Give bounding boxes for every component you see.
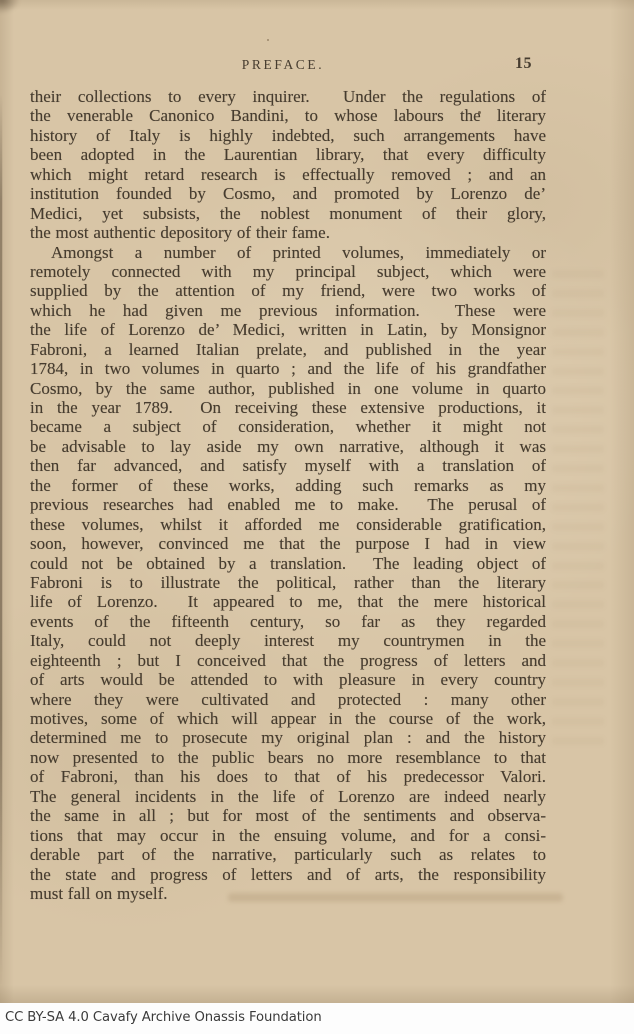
text-line: life of Lorenzo. It appeared to me, that… — [30, 592, 546, 611]
text-line: Cosmo, by the same author, published in … — [30, 379, 546, 398]
text-line: the most authentic depository of their f… — [30, 223, 546, 242]
ink-bleed-through — [552, 270, 604, 750]
paper-background: PREFACE. 15 their collections to every i… — [0, 0, 634, 1003]
text-line: soon, however, convinced me that the pur… — [30, 534, 546, 553]
text-line: these volumes, whilst it afforded me con… — [30, 515, 546, 534]
text-line: which he had given me previous informati… — [30, 301, 546, 320]
text-line: Amongst a number of printed volumes, imm… — [30, 243, 546, 262]
text-line: The general incidents in the life of Lor… — [30, 787, 546, 806]
text-line: motives, some of which will appear in th… — [30, 709, 546, 728]
text-line: remotely connected with my principal sub… — [30, 262, 546, 281]
text-line: where they were cultivated and protected… — [30, 690, 546, 709]
text-line: could not be obtained by a translation. … — [30, 554, 546, 573]
text-line: be advisable to lay aside my own narrati… — [30, 437, 546, 456]
scan-corner-smudge — [0, 0, 20, 14]
paragraph: their collections to every inquirer. Und… — [30, 87, 546, 243]
text-line: supplied by the attention of my friend, … — [30, 281, 546, 300]
text-line: the state and progress of letters and of… — [30, 865, 546, 884]
running-head: PREFACE. 15 — [30, 55, 546, 75]
text-line: must fall on myself. — [30, 884, 546, 903]
text-line: been adopted in the Laurentian library, … — [30, 145, 546, 164]
text-line: the life of Lorenzo de’ Medici, written … — [30, 320, 546, 339]
text-line: previous researches had enabled me to ma… — [30, 495, 546, 514]
text-line: the same in all ; but for most of the se… — [30, 806, 546, 825]
text-line: institution founded by Cosmo, and promot… — [30, 184, 546, 203]
text-line: then far advanced, and satisfy myself wi… — [30, 456, 546, 475]
text-line: Fabroni, a learned Italian prelate, and … — [30, 340, 546, 359]
text-line: of Fabroni, than his does to that of his… — [30, 767, 546, 786]
text-line: tions that may occur in the ensuing volu… — [30, 826, 546, 845]
text-line: of arts would be attended to with pleasu… — [30, 670, 546, 689]
text-line: the venerable Canonico Bandini, to whose… — [30, 106, 546, 125]
text-line: determined me to prosecute my original p… — [30, 728, 546, 747]
scan-edge-line — [0, 95, 2, 985]
text-line: their collections to every inquirer. Und… — [30, 87, 546, 106]
text-line: derable part of the narrative, particula… — [30, 845, 546, 864]
license-footer: CC BY-SA 4.0 Cavafy Archive Onassis Foun… — [0, 1003, 634, 1034]
text-line: 1784, in two volumes in quarto ; and the… — [30, 359, 546, 378]
text-line: Italy, could not deeply interest my coun… — [30, 631, 546, 650]
text-line: eighteenth ; but I conceived that the pr… — [30, 651, 546, 670]
text-line: which might retard research is effectual… — [30, 165, 546, 184]
text-line: the former of these works, adding such r… — [30, 476, 546, 495]
text-line: now presented to the public bears no mor… — [30, 748, 546, 767]
text-line: Medici, yet subsists, the noblest monume… — [30, 204, 546, 223]
text-line: in the year 1789. On receiving these ext… — [30, 398, 546, 417]
scanned-book-page: PREFACE. 15 their collections to every i… — [0, 0, 634, 1034]
license-text: CC BY-SA 4.0 Cavafy Archive Onassis Foun… — [5, 1003, 322, 1034]
paragraph: Amongst a number of printed volumes, imm… — [30, 243, 546, 904]
text-line: became a subject of consideration, wheth… — [30, 417, 546, 436]
stain-speck — [267, 39, 269, 41]
text-line: Fabroni is to illustrate the political, … — [30, 573, 546, 592]
page-title: PREFACE. — [242, 57, 324, 73]
page-number: 15 — [515, 55, 532, 73]
body-text: their collections to every inquirer. Und… — [30, 87, 546, 903]
text-line: events of the fifteenth century, so far … — [30, 612, 546, 631]
text-line: history of Italy is highly indebted, suc… — [30, 126, 546, 145]
